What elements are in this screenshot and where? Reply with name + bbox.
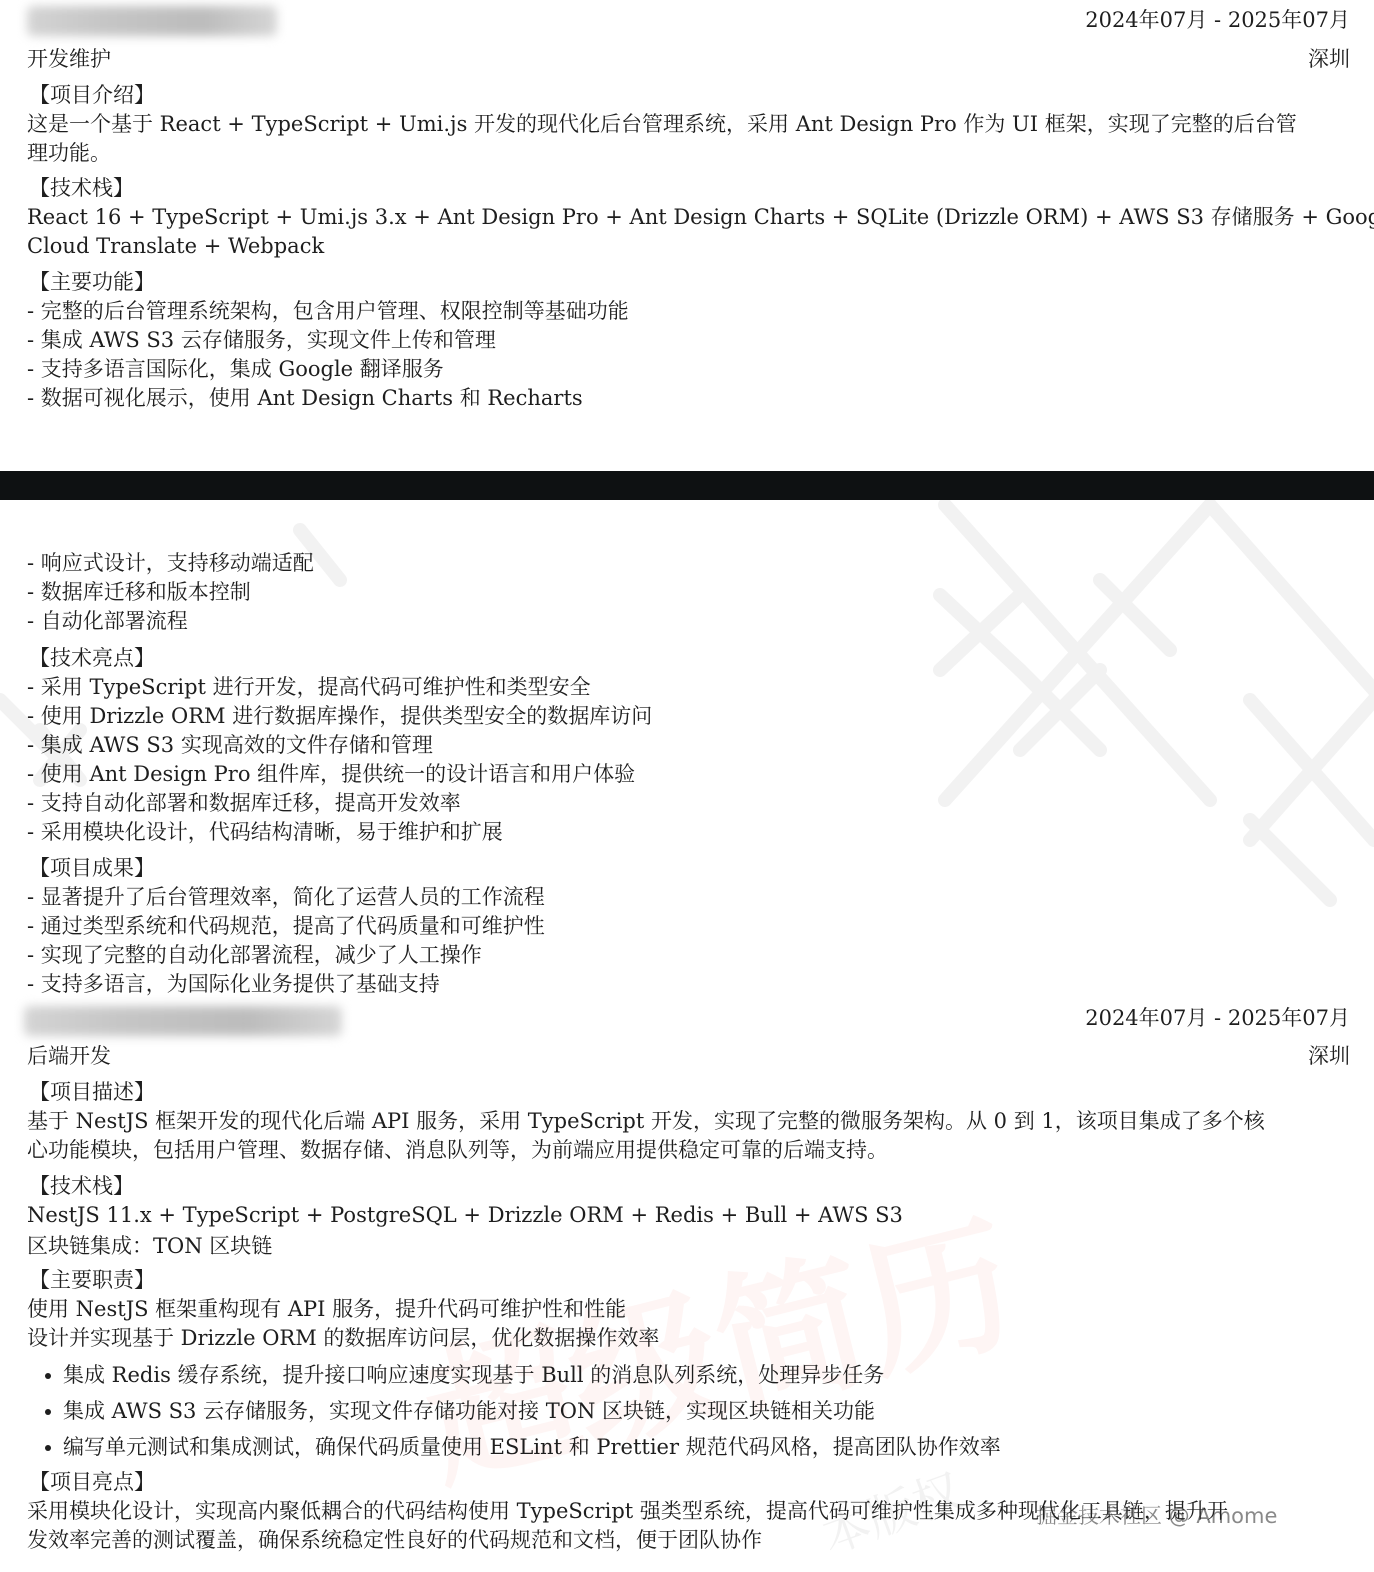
duty-bullet-item: 编写单元测试和集成测试，确保代码质量使用 ESLint 和 Prettier 规… <box>27 1429 1350 1465</box>
section-project-results: 【项目成果】 - 显著提升了后台管理效率，简化了运营人员的工作流程 - 通过类型… <box>27 854 1350 999</box>
feature-item: - 完整的后台管理系统架构，包含用户管理、权限控制等基础功能 <box>27 297 1350 326</box>
stack-line: React 16 + TypeScript + Umi.js 3.x + Ant… <box>27 203 1350 232</box>
section-main-features-continued: - 响应式设计，支持移动端适配 - 数据库迁移和版本控制 - 自动化部署流程 <box>27 549 1350 636</box>
feature-item: - 自动化部署流程 <box>27 607 1350 636</box>
page-divider-bar <box>0 471 1374 500</box>
section-title: 【技术栈】 <box>29 1172 1350 1201</box>
intro-line: 这是一个基于 React + TypeScript + Umi.js 开发的现代… <box>27 110 1350 139</box>
section-title: 【项目亮点】 <box>29 1468 1350 1497</box>
highlight-item: - 使用 Drizzle ORM 进行数据库操作，提供类型安全的数据库访问 <box>27 702 1350 731</box>
result-item: - 显著提升了后台管理效率，简化了运营人员的工作流程 <box>27 883 1350 912</box>
stack-line: Cloud Translate + Webpack <box>27 232 1350 261</box>
project-date-range: 2024年07月 - 2025年07月 <box>1085 6 1350 35</box>
bullet-dot-icon <box>45 1445 51 1451</box>
bullet-dot-icon <box>45 1409 51 1415</box>
project-date-range: 2024年07月 - 2025年07月 <box>1085 1004 1350 1033</box>
result-item: - 支持多语言，为国际化业务提供了基础支持 <box>27 970 1350 999</box>
duty-bullet-list: 集成 Redis 缓存系统，提升接口响应速度实现基于 Bull 的消息队列系统，… <box>27 1357 1350 1465</box>
section-project-intro: 【项目介绍】 这是一个基于 React + TypeScript + Umi.j… <box>27 81 1350 168</box>
result-item: - 实现了完整的自动化部署流程，减少了人工操作 <box>27 941 1350 970</box>
section-tech-stack: 【技术栈】 NestJS 11.x + TypeScript + Postgre… <box>27 1172 1350 1261</box>
section-title: 【项目成果】 <box>29 854 1350 883</box>
feature-item: - 数据可视化展示，使用 Ant Design Charts 和 Rechart… <box>27 384 1350 413</box>
section-title: 【技术亮点】 <box>29 644 1350 673</box>
description-line: 基于 NestJS 框架开发的现代化后端 API 服务，采用 TypeScrip… <box>27 1107 1350 1136</box>
duty-line: 使用 NestJS 框架重构现有 API 服务，提升代码可维护性和性能 <box>27 1295 1350 1324</box>
project-1-header-block: 2024年07月 - 2025年07月 开发维护 深圳 【项目介绍】 这是一个基… <box>27 0 1350 471</box>
section-main-features: 【主要功能】 - 完整的后台管理系统架构，包含用户管理、权限控制等基础功能 - … <box>27 268 1350 413</box>
section-tech-stack: 【技术栈】 React 16 + TypeScript + Umi.js 3.x… <box>27 174 1350 261</box>
platform-watermark: 掘金技术社区 @ Amome <box>1036 1502 1277 1531</box>
feature-item: - 响应式设计，支持移动端适配 <box>27 549 1350 578</box>
duty-bullet-item: 集成 Redis 缓存系统，提升接口响应速度实现基于 Bull 的消息队列系统，… <box>27 1357 1350 1393</box>
result-item: - 通过类型系统和代码规范，提高了代码质量和可维护性 <box>27 912 1350 941</box>
resume-page-bottom: 超级简历 本版权 - 响应式设计，支持移动端适配 - 数据库迁移和版本控制 - … <box>0 500 1374 1572</box>
project-location: 深圳 <box>1308 1042 1350 1071</box>
project-role: 开发维护 <box>27 45 111 74</box>
stack-line: NestJS 11.x + TypeScript + PostgreSQL + … <box>27 1201 1350 1230</box>
highlight-item: - 使用 Ant Design Pro 组件库，提供统一的设计语言和用户体验 <box>27 760 1350 789</box>
duty-line: 设计并实现基于 Drizzle ORM 的数据库访问层，优化数据操作效率 <box>27 1324 1350 1353</box>
highlight-item: - 集成 AWS S3 实现高效的文件存储和管理 <box>27 731 1350 760</box>
description-line: 心功能模块，包括用户管理、数据存储、消息队列等，为前端应用提供稳定可靠的后端支持… <box>27 1136 1350 1165</box>
section-title: 【主要职责】 <box>29 1266 1350 1295</box>
section-title: 【项目介绍】 <box>29 81 1350 110</box>
feature-item: - 集成 AWS S3 云存储服务，实现文件上传和管理 <box>27 326 1350 355</box>
section-tech-highlights: 【技术亮点】 - 采用 TypeScript 进行开发，提高代码可维护性和类型安… <box>27 644 1350 847</box>
highlight-item: - 采用模块化设计，代码结构清晰，易于维护和扩展 <box>27 818 1350 847</box>
highlight-item: - 支持自动化部署和数据库迁移，提高开发效率 <box>27 789 1350 818</box>
intro-line: 理功能。 <box>27 139 1350 168</box>
section-main-duties: 【主要职责】 使用 NestJS 框架重构现有 API 服务，提升代码可维护性和… <box>27 1266 1350 1465</box>
section-title: 【项目描述】 <box>29 1078 1350 1107</box>
section-title: 【技术栈】 <box>29 174 1350 203</box>
section-title: 【主要功能】 <box>29 268 1350 297</box>
duty-bullet-item: 集成 AWS S3 云存储服务，实现文件存储功能对接 TON 区块链，实现区块链… <box>27 1393 1350 1429</box>
feature-item: - 支持多语言国际化，集成 Google 翻译服务 <box>27 355 1350 384</box>
project-location: 深圳 <box>1308 45 1350 74</box>
project-role: 后端开发 <box>27 1042 111 1071</box>
resume-bottom-content: - 响应式设计，支持移动端适配 - 数据库迁移和版本控制 - 自动化部署流程 【… <box>27 500 1350 1572</box>
highlight-item: - 采用 TypeScript 进行开发，提高代码可维护性和类型安全 <box>27 673 1350 702</box>
resume-page-top: 2024年07月 - 2025年07月 开发维护 深圳 【项目介绍】 这是一个基… <box>0 0 1374 471</box>
feature-item: - 数据库迁移和版本控制 <box>27 578 1350 607</box>
stack-line: 区块链集成：TON 区块链 <box>27 1232 1350 1261</box>
section-project-description: 【项目描述】 基于 NestJS 框架开发的现代化后端 API 服务，采用 Ty… <box>27 1078 1350 1165</box>
bullet-dot-icon <box>45 1373 51 1379</box>
